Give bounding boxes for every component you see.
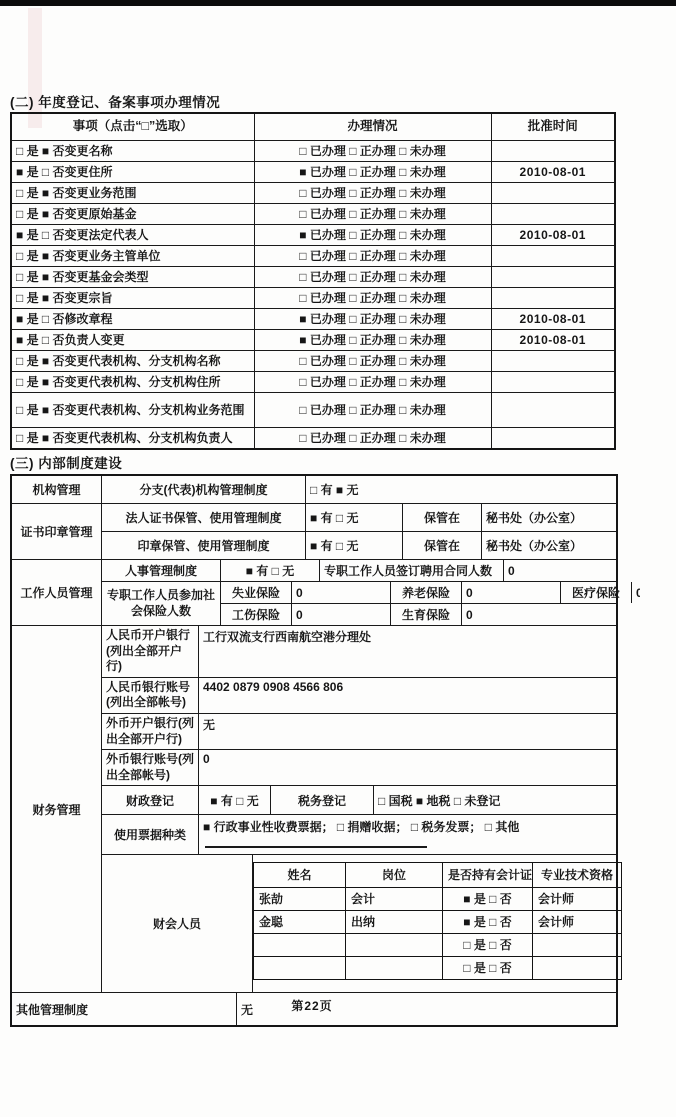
field-label: 外币银行账号(列出全部帐号) xyxy=(102,750,199,785)
scan-top-edge xyxy=(0,0,676,6)
insurance-name: 失业保险 xyxy=(221,582,292,603)
accountant-name: 金聪 xyxy=(254,911,346,934)
insurance-row: 工伤保险 0 生育保险 0 xyxy=(221,604,616,625)
accountants-table: 姓名 岗位 是否持有会计证 专业技术资格 张劼 会计 ■ 是 □ 否 会计师 xyxy=(253,862,622,980)
accountant-cert-checkbox: ■ 是 □ 否 xyxy=(443,888,533,911)
cert-row: 法人证书保管、使用管理制度 ■ 有 □ 无 保管在 秘书处（办公室） xyxy=(102,504,616,532)
field-label: 外币开户银行(列出全部开户行) xyxy=(102,714,199,749)
page-number: 第22页 xyxy=(10,997,614,1014)
accountant-row: 张劼 会计 ■ 是 □ 否 会计师 xyxy=(254,888,622,911)
approval-date xyxy=(491,183,615,204)
section3-title: (三) 内部制度建设 xyxy=(10,452,122,472)
col-header-qualification: 专业技术资格 xyxy=(533,863,622,888)
accountant-qualification: 会计师 xyxy=(533,911,622,934)
item-checkbox-cell: □ 是 ■ 否变更代表机构、分支机构名称 xyxy=(11,351,254,372)
registration-items-table: 事项（点击“□”选取） 办理情况 批准时间 □ 是 ■ 否变更名称 □ 已办理 … xyxy=(10,112,616,450)
item-checkbox-cell: ■ 是 □ 否变更住所 xyxy=(11,162,254,183)
status-checkbox-cell: □ 已办理 □ 正办理 □ 未办理 xyxy=(254,183,491,204)
group-row-finance: 财务管理 人民币开户银行(列出全部开户行) 工行双流支行西南航空港分理处 人民币… xyxy=(12,626,616,993)
insurance-name: 养老保险 xyxy=(391,582,462,603)
status-checkbox-cell: ■ 已办理 □ 正办理 □ 未办理 xyxy=(254,330,491,351)
field-label: 人民币银行账号(列出全部帐号) xyxy=(102,678,199,713)
invoice-row: 使用票据种类 ■ 行政事业性收费票据； □ 捐赠收据； □ 税务发票； □ 其他 xyxy=(102,815,616,855)
status-checkbox-cell: □ 已办理 □ 正办理 □ 未办理 xyxy=(254,351,491,372)
checkbox-value: ■ 有 □ 无 xyxy=(199,786,271,814)
insurance-row: 失业保险 0 养老保险 0 医疗保险 0 xyxy=(221,582,616,604)
section2-title: (二) 年度登记、备案事项办理情况 xyxy=(10,91,220,111)
table-row: □ 是 ■ 否变更业务范围 □ 已办理 □ 正办理 □ 未办理 xyxy=(11,183,615,204)
field-label: 使用票据种类 xyxy=(102,815,199,854)
cert-row: 印章保管、使用管理制度 ■ 有 □ 无 保管在 秘书处（办公室） xyxy=(102,532,616,559)
accountant-name: 张劼 xyxy=(254,888,346,911)
approval-date xyxy=(491,428,615,450)
insurance-value: 0 xyxy=(462,604,616,625)
blank-underline xyxy=(205,846,427,848)
table-row: □ 是 ■ 否变更代表机构、分支机构名称 □ 已办理 □ 正办理 □ 未办理 xyxy=(11,351,615,372)
item-checkbox-cell: ■ 是 □ 否修改章程 xyxy=(11,309,254,330)
approval-date xyxy=(491,204,615,225)
status-checkbox-cell: ■ 已办理 □ 正办理 □ 未办理 xyxy=(254,309,491,330)
approval-date xyxy=(491,267,615,288)
internal-systems-table: 机构管理 分支(代表)机构管理制度 □ 有 ■ 无 证书印章管理 法人证书保管、… xyxy=(10,474,618,1027)
accountants-row: 财会人员 姓名 岗位 是否持有会计证 专业技术资格 张劼 xyxy=(102,855,616,992)
contract-count-label: 专职工作人员签订聘用合同人数 xyxy=(320,560,504,581)
accountants-label: 财会人员 xyxy=(102,855,253,992)
item-checkbox-cell: □ 是 ■ 否变更代表机构、分支机构住所 xyxy=(11,372,254,393)
table-row: □ 是 ■ 否变更业务主管单位 □ 已办理 □ 正办理 □ 未办理 xyxy=(11,246,615,267)
field-label: 财政登记 xyxy=(102,786,199,814)
table-row: □ 是 ■ 否变更代表机构、分支机构业务范围 □ 已办理 □ 正办理 □ 未办理 xyxy=(11,393,615,428)
insurance-value: 0 xyxy=(462,582,561,603)
field-label: 印章保管、使用管理制度 xyxy=(102,532,306,559)
tax-registration-value: □ 国税 ■ 地税 □ 未登记 xyxy=(374,786,616,814)
table-row: □ 是 ■ 否变更代表机构、分支机构负责人 □ 已办理 □ 正办理 □ 未办理 xyxy=(11,428,615,450)
col-header-status: 办理情况 xyxy=(254,113,491,141)
status-checkbox-cell: ■ 已办理 □ 正办理 □ 未办理 xyxy=(254,225,491,246)
col-header-date: 批准时间 xyxy=(491,113,615,141)
col-header-cert: 是否持有会计证 xyxy=(443,863,533,888)
accountant-cert-checkbox: □ 是 □ 否 xyxy=(443,934,533,957)
insurance-name: 工伤保险 xyxy=(221,604,292,625)
status-checkbox-cell: □ 已办理 □ 正办理 □ 未办理 xyxy=(254,267,491,288)
table-row: □ 是 ■ 否变更基金会类型 □ 已办理 □ 正办理 □ 未办理 xyxy=(11,267,615,288)
accountant-qualification: 会计师 xyxy=(533,888,622,911)
field-label: 分支(代表)机构管理制度 xyxy=(102,476,306,503)
approval-date xyxy=(491,393,615,428)
approval-date: 2010-08-01 xyxy=(491,309,615,330)
group-label: 证书印章管理 xyxy=(12,504,102,559)
kept-at-label: 保管在 xyxy=(403,504,482,531)
accountant-position: 会计 xyxy=(346,888,443,911)
item-checkbox-cell: □ 是 ■ 否变更原始基金 xyxy=(11,204,254,225)
kept-at-value: 秘书处（办公室） xyxy=(482,532,616,559)
table-row: □ 是 ■ 否变更原始基金 □ 已办理 □ 正办理 □ 未办理 xyxy=(11,204,615,225)
bank-row: 人民币开户银行(列出全部开户行) 工行双流支行西南航空港分理处 xyxy=(102,626,616,678)
status-checkbox-cell: □ 已办理 □ 正办理 □ 未办理 xyxy=(254,288,491,309)
accountant-position xyxy=(346,957,443,980)
group-label: 工作人员管理 xyxy=(12,560,102,625)
bank-row: 外币银行账号(列出全部帐号) 0 xyxy=(102,750,616,786)
insurance-block: 专职工作人员参加社会保险人数 失业保险 0 养老保险 0 医疗保险 0 工伤保险 xyxy=(102,582,616,625)
status-checkbox-cell: □ 已办理 □ 正办理 □ 未办理 xyxy=(254,204,491,225)
hr-row: 人事管理制度 ■ 有 □ 无 专职工作人员签订聘用合同人数 0 xyxy=(102,560,616,582)
status-checkbox-cell: □ 已办理 □ 正办理 □ 未办理 xyxy=(254,393,491,428)
approval-date xyxy=(491,372,615,393)
contract-count-value: 0 xyxy=(504,560,616,581)
bank-value: 工行双流支行西南航空港分理处 xyxy=(199,626,616,677)
bank-row: 外币开户银行(列出全部开户行) 无 xyxy=(102,714,616,750)
bank-value: 0 xyxy=(199,750,616,785)
checkbox-value: □ 有 ■ 无 xyxy=(306,476,616,503)
table-row: ■ 是 □ 否负责人变更 ■ 已办理 □ 正办理 □ 未办理 2010-08-0… xyxy=(11,330,615,351)
accountant-row: 金聪 出纳 ■ 是 □ 否 会计师 xyxy=(254,911,622,934)
table-row: □ 是 ■ 否变更代表机构、分支机构住所 □ 已办理 □ 正办理 □ 未办理 xyxy=(11,372,615,393)
approval-date xyxy=(491,288,615,309)
accountant-cert-checkbox: ■ 是 □ 否 xyxy=(443,911,533,934)
group-row-staff: 工作人员管理 人事管理制度 ■ 有 □ 无 专职工作人员签订聘用合同人数 0 专… xyxy=(12,560,616,626)
col-header-position: 岗位 xyxy=(346,863,443,888)
accountant-cert-checkbox: □ 是 □ 否 xyxy=(443,957,533,980)
accountant-position: 出纳 xyxy=(346,911,443,934)
insurance-label: 专职工作人员参加社会保险人数 xyxy=(102,582,221,625)
approval-date: 2010-08-01 xyxy=(491,330,615,351)
col-header-item: 事项（点击“□”选取） xyxy=(11,113,254,141)
status-checkbox-cell: □ 已办理 □ 正办理 □ 未办理 xyxy=(254,428,491,450)
accountant-name xyxy=(254,957,346,980)
checkbox-value: ■ 有 □ 无 xyxy=(221,560,320,581)
status-checkbox-cell: □ 已办理 □ 正办理 □ 未办理 xyxy=(254,141,491,162)
tax-registration-label: 税务登记 xyxy=(271,786,374,814)
registration-row: 财政登记 ■ 有 □ 无 税务登记 □ 国税 ■ 地税 □ 未登记 xyxy=(102,786,616,815)
insurance-value: 0 xyxy=(632,582,640,603)
table-row: □ 是 ■ 否变更名称 □ 已办理 □ 正办理 □ 未办理 xyxy=(11,141,615,162)
field-label: 法人证书保管、使用管理制度 xyxy=(102,504,306,531)
approval-date: 2010-08-01 xyxy=(491,225,615,246)
invoice-types-value: ■ 行政事业性收费票据； □ 捐赠收据； □ 税务发票； □ 其他 xyxy=(203,818,612,835)
accountants-header-row: 姓名 岗位 是否持有会计证 专业技术资格 xyxy=(254,863,622,888)
status-checkbox-cell: ■ 已办理 □ 正办理 □ 未办理 xyxy=(254,162,491,183)
item-checkbox-cell: □ 是 ■ 否变更宗旨 xyxy=(11,288,254,309)
item-checkbox-cell: □ 是 ■ 否变更名称 xyxy=(11,141,254,162)
approval-date xyxy=(491,351,615,372)
item-checkbox-cell: □ 是 ■ 否变更基金会类型 xyxy=(11,267,254,288)
checkbox-value: ■ 有 □ 无 xyxy=(306,532,403,559)
field-label: 人事管理制度 xyxy=(102,560,221,581)
insurance-name: 医疗保险 xyxy=(561,582,632,603)
field-label: 人民币开户银行(列出全部开户行) xyxy=(102,626,199,677)
table-row: ■ 是 □ 否变更住所 ■ 已办理 □ 正办理 □ 未办理 2010-08-01 xyxy=(11,162,615,183)
table-header-row: 事项（点击“□”选取） 办理情况 批准时间 xyxy=(11,113,615,141)
item-checkbox-cell: □ 是 ■ 否变更业务范围 xyxy=(11,183,254,204)
approval-date: 2010-08-01 xyxy=(491,162,615,183)
group-label: 财务管理 xyxy=(12,626,102,992)
accountant-qualification xyxy=(533,934,622,957)
accountant-name xyxy=(254,934,346,957)
item-checkbox-cell: ■ 是 □ 否负责人变更 xyxy=(11,330,254,351)
group-row-cert: 证书印章管理 法人证书保管、使用管理制度 ■ 有 □ 无 保管在 秘书处（办公室… xyxy=(12,504,616,560)
bank-row: 人民币银行账号(列出全部帐号) 4402 0879 0908 4566 806 xyxy=(102,678,616,714)
group-row-org: 机构管理 分支(代表)机构管理制度 □ 有 ■ 无 xyxy=(12,476,616,504)
bank-value: 无 xyxy=(199,714,616,749)
accountant-position xyxy=(346,934,443,957)
item-checkbox-cell: □ 是 ■ 否变更代表机构、分支机构负责人 xyxy=(11,428,254,450)
kept-at-label: 保管在 xyxy=(403,532,482,559)
table-row: ■ 是 □ 否修改章程 ■ 已办理 □ 正办理 □ 未办理 2010-08-01 xyxy=(11,309,615,330)
accountant-qualification xyxy=(533,957,622,980)
status-checkbox-cell: □ 已办理 □ 正办理 □ 未办理 xyxy=(254,372,491,393)
accountant-row: □ 是 □ 否 xyxy=(254,957,622,980)
kept-at-value: 秘书处（办公室） xyxy=(482,504,616,531)
item-checkbox-cell: □ 是 ■ 否变更业务主管单位 xyxy=(11,246,254,267)
insurance-name: 生育保险 xyxy=(391,604,462,625)
accountant-row: □ 是 □ 否 xyxy=(254,934,622,957)
approval-date xyxy=(491,246,615,267)
status-checkbox-cell: □ 已办理 □ 正办理 □ 未办理 xyxy=(254,246,491,267)
approval-date xyxy=(491,141,615,162)
table-row: ■ 是 □ 否变更法定代表人 ■ 已办理 □ 正办理 □ 未办理 2010-08… xyxy=(11,225,615,246)
insurance-value: 0 xyxy=(292,582,391,603)
item-checkbox-cell: □ 是 ■ 否变更代表机构、分支机构业务范围 xyxy=(11,393,254,428)
item-checkbox-cell: ■ 是 □ 否变更法定代表人 xyxy=(11,225,254,246)
table-row: □ 是 ■ 否变更宗旨 □ 已办理 □ 正办理 □ 未办理 xyxy=(11,288,615,309)
bank-value: 4402 0879 0908 4566 806 xyxy=(199,678,616,713)
col-header-name: 姓名 xyxy=(254,863,346,888)
group-label: 机构管理 xyxy=(12,476,102,503)
scanned-form-page: (二) 年度登记、备案事项办理情况 事项（点击“□”选取） 办理情况 批准时间 … xyxy=(0,0,676,1117)
insurance-value: 0 xyxy=(292,604,391,625)
checkbox-value: ■ 有 □ 无 xyxy=(306,504,403,531)
